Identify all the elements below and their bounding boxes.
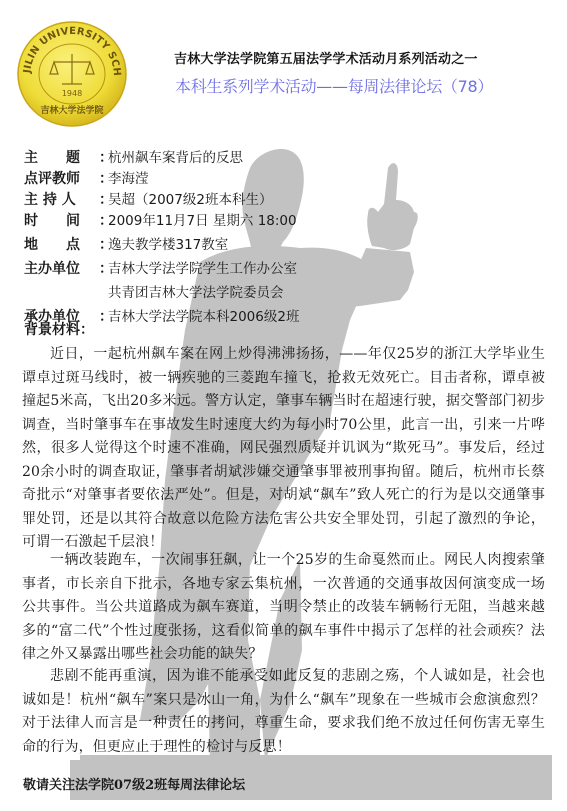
paragraph-2: 一辆改装跑车，一次闹事狂飙，让一个25岁的生命戛然而止。网民人肉搜索肇事者，市长… bbox=[22, 549, 545, 667]
series-heading: 吉林大学法学院第五届法学学术活动月系列活动之一 bbox=[174, 48, 478, 67]
info-value: 共青团吉林大学法学院委员会 bbox=[105, 283, 284, 307]
forum-title: 本科生系列学术活动——每周法律论坛（78） bbox=[175, 74, 493, 97]
info-row-organizer-2: 共青团吉林大学法学院委员会 bbox=[24, 283, 299, 307]
info-value: 吉林大学法学院学生工作办公室 bbox=[105, 259, 297, 283]
background-material-label: 背景材料： bbox=[24, 319, 94, 339]
info-value: 吉林大学法学院本科2006级2班 bbox=[105, 307, 299, 331]
info-label: 主办单位 bbox=[24, 259, 99, 283]
info-row-organizer: 主办单位： 吉林大学法学院学生工作办公室 bbox=[24, 259, 299, 283]
paragraph-3: 悲剧不能再重演，因为谁不能承受如此反复的悲剧之殇，个人诚如是，社会也诚如是！杭州… bbox=[22, 665, 545, 759]
footer-note: 敬请关注法学院07级2班每周法律论坛 bbox=[23, 774, 245, 793]
info-label bbox=[24, 283, 99, 307]
info-value: 李海滢 bbox=[105, 169, 149, 190]
info-value: 2009年11月7日 星期六 18:00 bbox=[105, 211, 297, 235]
info-row-reviewer: 点评教师： 李海滢 bbox=[24, 169, 299, 190]
info-value: 吴超（2007级2班本科生） bbox=[105, 190, 272, 211]
info-label: 地 点 bbox=[24, 235, 99, 259]
event-info-list: 主 题： 杭州飙车案背后的反思 点评教师： 李海滢 主 持 人： 吴超（2007… bbox=[24, 148, 299, 331]
info-row-host: 主 持 人： 吴超（2007级2班本科生） bbox=[24, 190, 299, 211]
info-label: 主 题 bbox=[24, 148, 99, 169]
info-label: 时 间 bbox=[24, 211, 99, 235]
info-label: 主 持 人 bbox=[24, 190, 99, 211]
info-value: 逸夫教学楼317教室 bbox=[105, 235, 228, 259]
info-row-topic: 主 题： 杭州飙车案背后的反思 bbox=[24, 148, 299, 169]
svg-text:吉林大学法学院: 吉林大学法学院 bbox=[40, 104, 104, 116]
info-value: 杭州飙车案背后的反思 bbox=[105, 148, 243, 169]
info-row-location: 地 点： 逸夫教学楼317教室 bbox=[24, 235, 299, 259]
svg-text:1948: 1948 bbox=[62, 89, 82, 98]
info-row-time: 时 间： 2009年11月7日 星期六 18:00 bbox=[24, 211, 299, 235]
law-school-seal-logo: JILIN UNIVERSITY SCHOOL OF LAW 1948 吉林大学… bbox=[16, 20, 128, 128]
paragraph-1: 近日，一起杭州飙车案在网上炒得沸沸扬扬，——年仅25岁的浙江大学毕业生谭卓过斑马… bbox=[22, 343, 545, 555]
info-label: 点评教师 bbox=[24, 169, 99, 190]
